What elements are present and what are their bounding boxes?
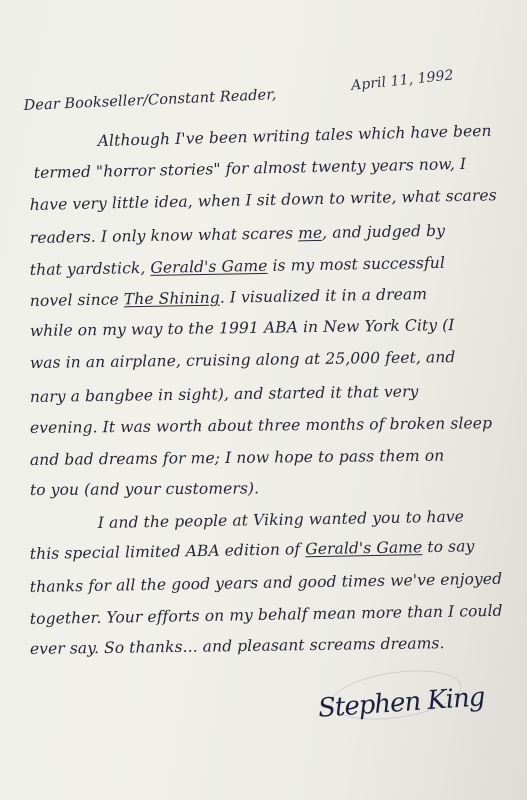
body-line-13: I and the people at Viking wanted you to… <box>98 508 464 532</box>
body-line-15: thanks for all the good years and good t… <box>30 570 503 596</box>
letter-salutation: Dear Bookseller/Constant Reader, <box>23 87 276 114</box>
body-line-6: novel since The Shining. I visualized it… <box>30 285 428 310</box>
body-line-10: evening. It was worth about three months… <box>30 414 492 437</box>
letter-date: April 11, 1992 <box>350 67 454 94</box>
body-line-11: and bad dreams for me; I now hope to pas… <box>30 447 445 469</box>
body-line-12: to you (and your customers). <box>30 479 259 499</box>
body-line-4: readers. I only know what scares me, and… <box>30 222 445 247</box>
body-line-9: nary a bangbee in sight), and started it… <box>30 383 419 406</box>
emphasis-me: me <box>298 224 322 242</box>
body-line-5: that yardstick, Gerald's Game is my most… <box>30 254 445 279</box>
body-line-16: together. Your efforts on my behalf mean… <box>30 602 503 628</box>
book-title-geralds-game: Gerald's Game <box>150 257 267 277</box>
body-line-14: this special limited ABA edition of Gera… <box>30 537 475 563</box>
book-title-the-shining: The Shining <box>124 289 220 309</box>
body-line-3: have very little idea, when I sit down t… <box>30 186 497 214</box>
book-title-geralds-game-2: Gerald's Game <box>305 538 422 558</box>
body-line-17: ever say. So thanks... and pleasant scre… <box>30 634 445 658</box>
body-line-7: while on my way to the 1991 ABA in New Y… <box>30 316 455 340</box>
body-line-8: was in an airplane, cruising along at 25… <box>30 348 456 372</box>
body-line-2: termed "horror stories" for almost twent… <box>34 155 467 182</box>
letter-page: April 11, 1992 Dear Bookseller/Constant … <box>0 0 527 800</box>
body-line-1: Although I've been writing tales which h… <box>98 122 492 150</box>
